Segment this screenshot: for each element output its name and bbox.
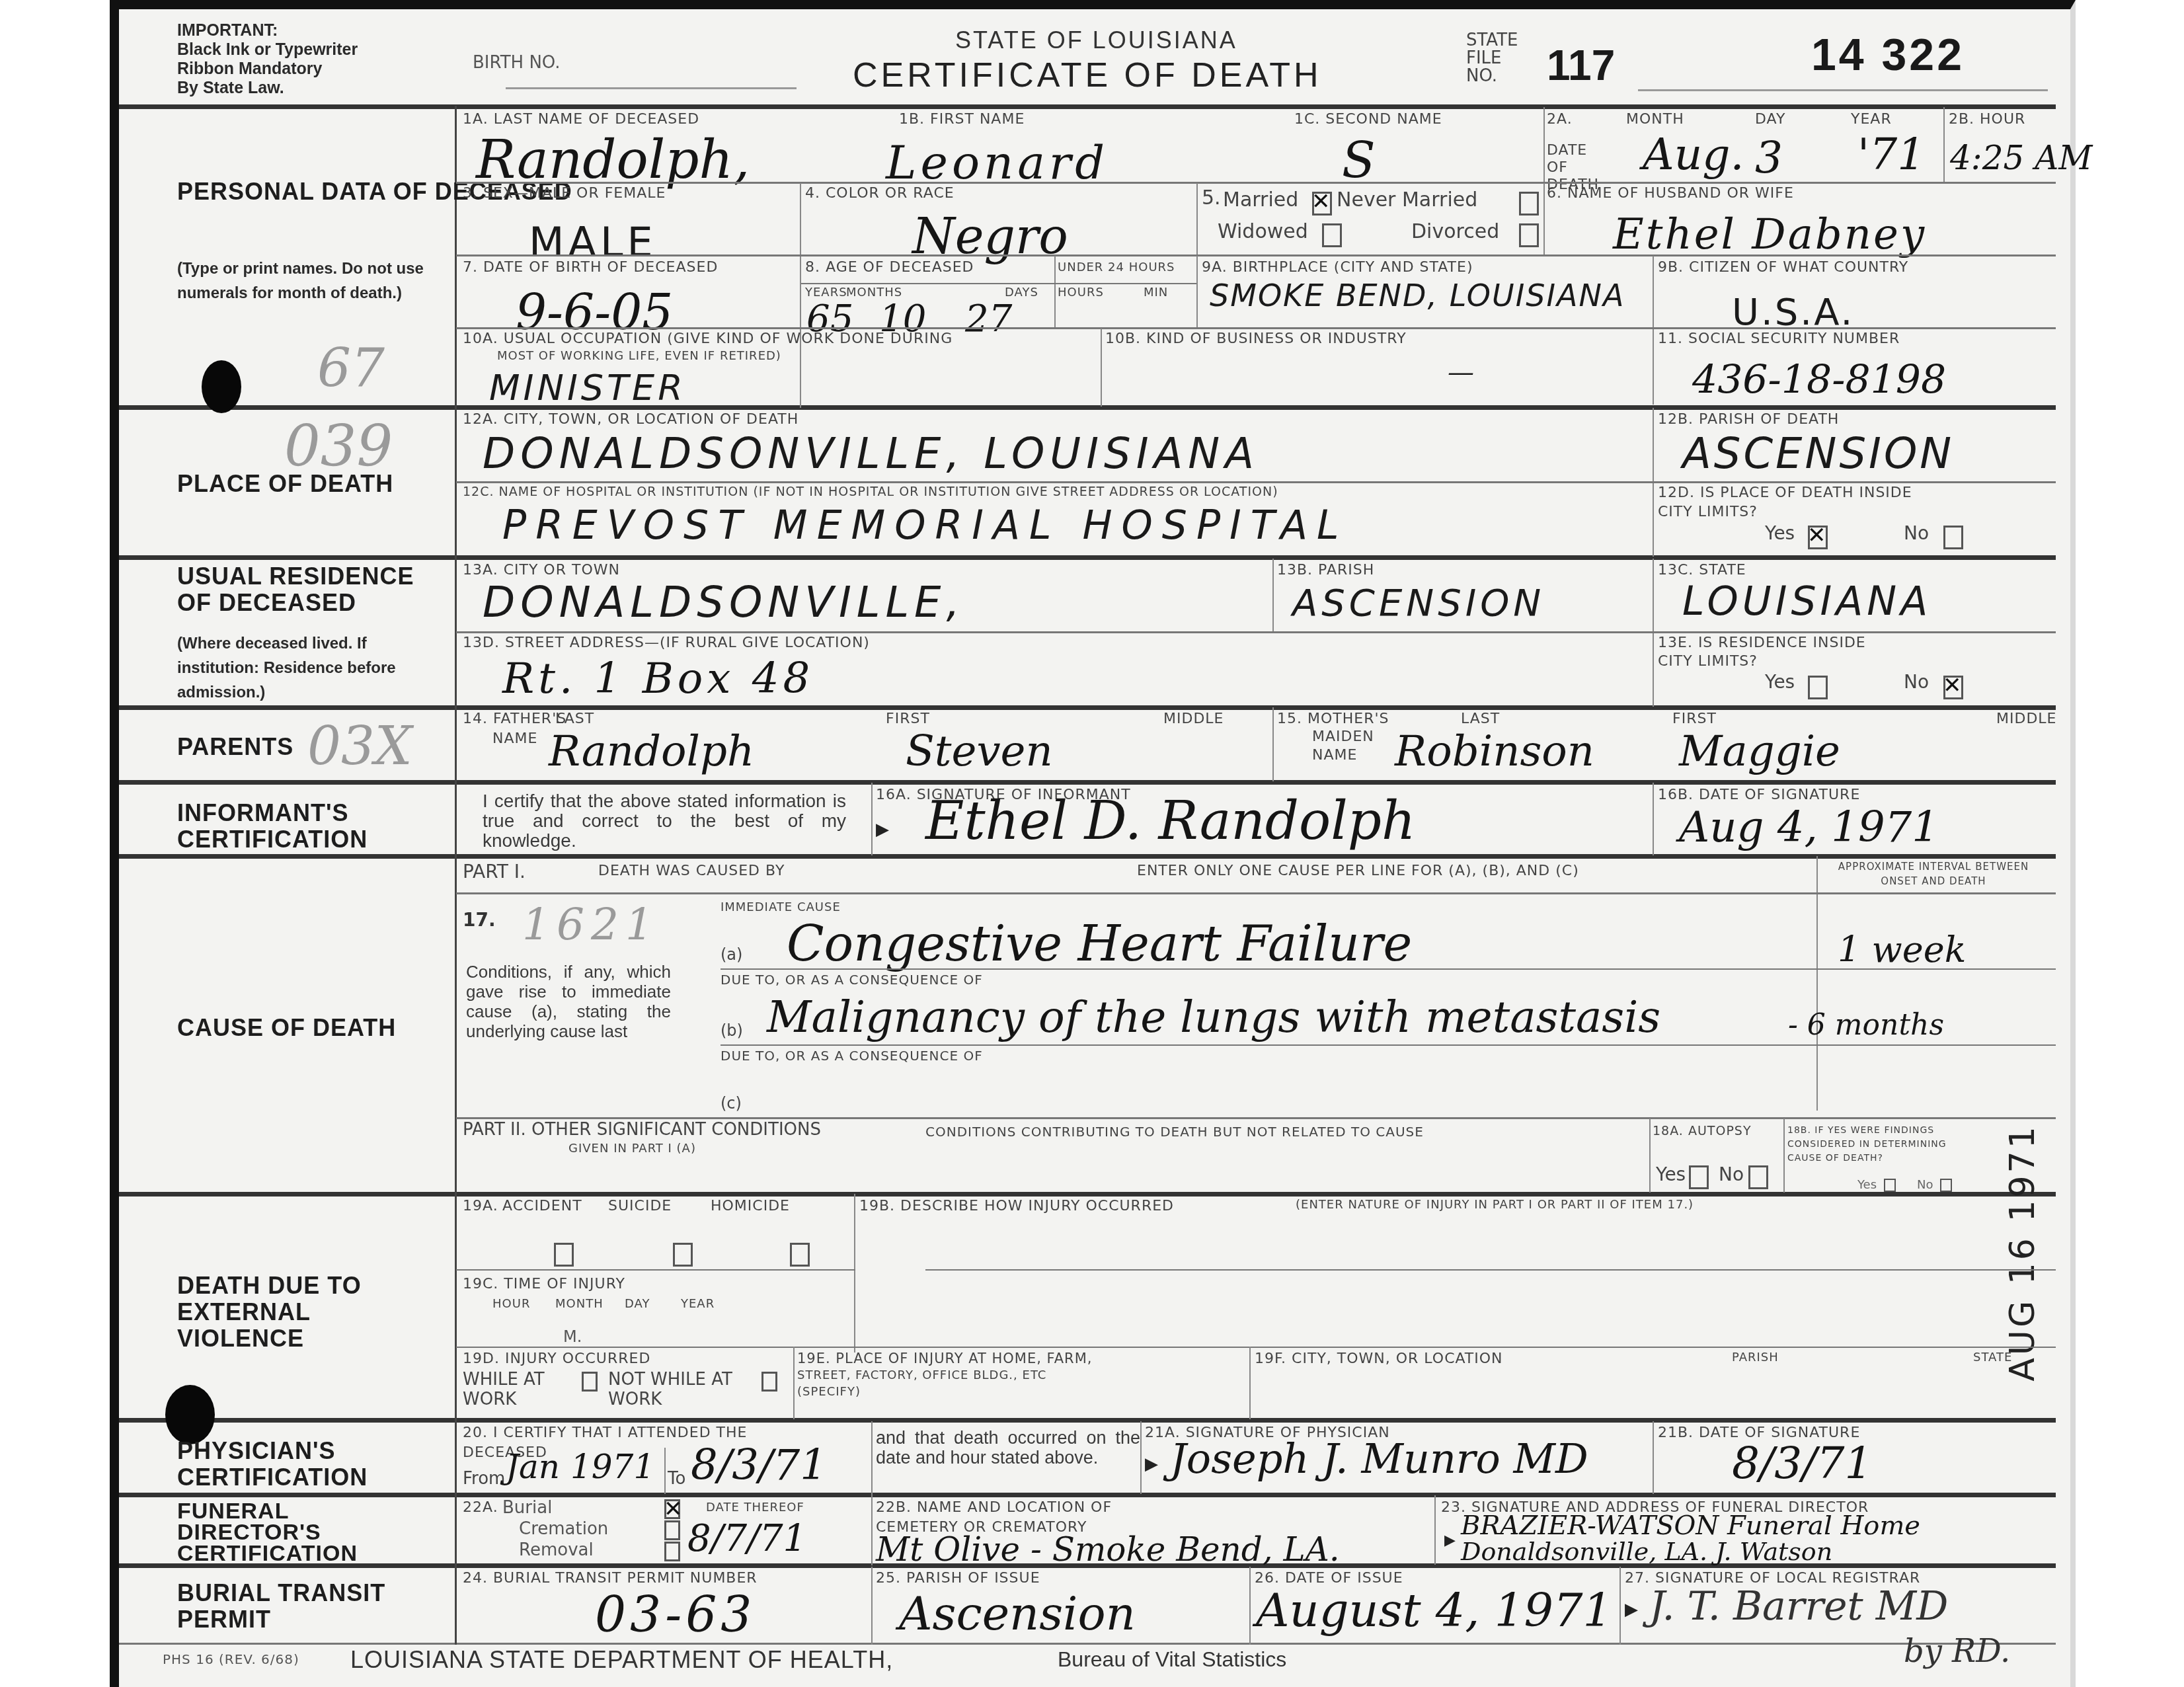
label-19e-specify: (SPECIFY) [797,1385,861,1399]
autopsy-no-label: No [1719,1163,1744,1185]
divider [1054,256,1056,329]
divider [1272,707,1274,781]
not-at-work-label: NOT WHILE AT WORK [608,1370,754,1409]
date-thereof-label: DATE THEREOF [706,1501,804,1514]
notice-line: By State Law. [177,79,358,98]
label-19d: 19D. INJURY OCCURRED [463,1351,650,1367]
arrow-icon: ▶ [1145,1454,1158,1474]
birthplace-value[interactable]: SMOKE BEND, LOUISIANA [1210,278,1625,313]
death-in-city-no-checkbox[interactable] [1943,526,1963,549]
occupation-value[interactable]: MINISTER [489,367,686,409]
arrow-icon: ▶ [1444,1532,1456,1549]
bureau-name: Bureau of Vital Statistics [1058,1647,1286,1672]
margin-code-parents: 03X [307,715,412,777]
divider [800,183,801,408]
autopsy-yes-checkbox[interactable] [1689,1165,1709,1189]
stamp-text: AUG 16 1971 [2003,1120,2043,1385]
label-1a: 1A. LAST NAME OF DECEASED [463,111,699,128]
cremation-checkbox[interactable] [664,1520,680,1540]
informant-signature[interactable]: Ethel D. Randolph [925,790,1416,851]
death-day[interactable]: 3 [1755,132,1783,183]
divider [119,104,2056,109]
divorced-checkbox[interactable] [1519,223,1539,247]
removal-checkbox[interactable] [664,1542,680,1561]
label-mother-name: NAME [1312,747,1357,764]
label-19f-parish: PARISH [1732,1351,1779,1364]
conditions-note: Conditions, if any, which gave rise to i… [466,962,671,1041]
label-10b: 10B. KIND OF BUSINESS OR INDUSTRY [1105,331,1407,347]
label-13a: 13A. CITY OR TOWN [463,562,620,578]
findings-yes-checkbox[interactable] [1884,1179,1896,1192]
divider [801,283,1196,284]
line-c-label: (c) [721,1094,742,1113]
label-father-middle: MIDDLE [1163,711,1224,727]
label-mother-last: LAST [1461,711,1500,727]
permit-number-value[interactable]: 03-63 [595,1587,756,1643]
accident-checkbox[interactable] [554,1243,574,1267]
label-under-24: UNDER 24 HOURS [1058,260,1175,274]
divider [1543,107,1545,183]
due-to-label: DUE TO, OR AS A CONSEQUENCE OF [721,972,983,988]
margin-code-place: 039 [284,413,393,479]
divider [1272,559,1274,631]
label-4: 4. COLOR OR RACE [805,185,955,202]
option-never-married: Never Married [1337,188,1477,212]
homicide-checkbox[interactable] [790,1243,810,1267]
divider [1434,1495,1436,1565]
label-min: MIN [1144,286,1168,299]
label-12a: 12A. CITY, TOWN, OR LOCATION OF DEATH [463,411,799,428]
label-9a: 9A. BIRTHPLACE (CITY AND STATE) [1202,259,1473,276]
label-12d: 12D. IS PLACE OF DEATH INSIDE [1658,485,1912,501]
label-25: 25. PARISH OF ISSUE [876,1570,1040,1587]
divider [456,1347,2056,1348]
notice-line: Black Ink or Typewriter [177,40,358,59]
cause-a-value[interactable]: Congestive Heart Failure [787,916,1412,972]
label-18a: 18A. AUTOPSY [1653,1124,1752,1138]
option-married: Married [1223,188,1298,212]
label-22b: 22B. NAME AND LOCATION OF [876,1499,1112,1516]
divider [1249,1567,1251,1645]
spouse-value[interactable]: Ethel Dabney [1613,210,1926,259]
part2-note: CONDITIONS CONTRIBUTING TO DEATH BUT NOT… [925,1124,1424,1140]
ssn-value[interactable]: 436-18-8198 [1692,357,1946,403]
divider [456,892,2056,894]
divider [456,255,2056,256]
important-notice: IMPORTANT: Black Ink or Typewriter Ribbo… [177,21,358,98]
label-22a: 22A. [463,1499,498,1516]
punch-hole [202,360,241,413]
while-at-work-label: WHILE AT WORK [463,1370,575,1409]
death-hour[interactable]: 4:25 AM [1950,139,2092,177]
section-usual-residence: USUAL RESIDENCE OF DECEASED [177,563,442,616]
label-father-first: FIRST [886,711,930,727]
divider [456,1269,855,1271]
option-burial: Burial [502,1498,552,1518]
divider [456,327,2056,329]
label-mother-middle: MIDDLE [1996,711,2057,727]
autopsy-yes-label: Yes [1656,1163,1686,1185]
label-5: 5. [1202,186,1221,210]
second-name-value[interactable]: S [1342,132,1376,189]
age-days[interactable]: 27 [965,297,1012,340]
department-name: LOUISIANA STATE DEPARTMENT OF HEALTH, [350,1646,893,1674]
divider [119,405,2056,410]
part2-label: PART II. OTHER SIGNIFICANT CONDITIONS [463,1120,821,1140]
option-widowed: Widowed [1218,220,1308,243]
label-10a: 10A. USUAL OCCUPATION (GIVE KIND OF WORK… [463,331,953,347]
due-to-label: DUE TO, OR AS A CONSEQUENCE OF [721,1048,983,1064]
death-in-city-yes-checkbox[interactable] [1808,526,1828,549]
state-file-no: 117 [1547,41,1615,90]
label-13e: 13E. IS RESIDENCE INSIDE [1658,635,1866,651]
divider [456,182,2056,184]
label-father-last: LAST [555,711,594,727]
interval-label: APPROXIMATE INTERVAL BETWEEN ONSET AND D… [1821,859,2046,888]
divider [119,1418,2056,1423]
cemetery-value[interactable]: Mt Olive - Smoke Bend, LA. [876,1530,1340,1569]
margin-code-cause: 1621 [522,899,660,950]
option-divorced: Divorced [1411,220,1499,243]
label-maiden: MAIDEN [1312,728,1374,745]
label-19e-sub: STREET, FACTORY, OFFICE BLDG., ETC [797,1368,1046,1382]
label-16b: 16B. DATE OF SIGNATURE [1658,787,1860,803]
autopsy-no-checkbox[interactable] [1748,1165,1768,1189]
divider [456,631,2056,633]
punch-hole [165,1385,215,1444]
residence-in-city-no-checkbox[interactable] [1943,676,1963,699]
married-checkbox[interactable] [1312,192,1332,216]
divider [925,1269,2056,1271]
cause-b-value[interactable]: Malignancy of the lungs with metastasis [767,992,1660,1042]
attended-to-value[interactable]: 8/3/71 [691,1441,827,1490]
section-place-of-death: PLACE OF DEATH [177,471,393,497]
birth-no-line [506,87,797,89]
mother-last-value[interactable]: Robinson [1395,727,1594,776]
label-1c: 1C. SECOND NAME [1294,111,1442,128]
divider [456,481,2056,483]
line-b-label: (b) [721,1021,743,1040]
disposition-date-value[interactable]: 8/7/71 [687,1517,806,1560]
label-year: YEAR [1851,111,1892,128]
father-last-value[interactable]: Randolph [549,727,754,776]
divider [1619,1567,1621,1645]
label-8: 8. AGE OF DECEASED [805,259,974,276]
cause-a-interval[interactable]: 1 week [1838,929,1966,970]
birth-no-label: BIRTH NO. [473,53,572,73]
option-removal: Removal [519,1540,594,1560]
arrow-icon: ▶ [1625,1600,1638,1620]
notice-line: IMPORTANT: [177,21,358,40]
label-15: 15. MOTHER'S [1277,711,1389,727]
death-city-value[interactable]: DONALDSONVILLE, LOUISIANA [483,430,1259,479]
from-label: From [463,1469,505,1489]
option-homicide: HOMICIDE [711,1198,790,1214]
divider [1783,1118,1785,1193]
section-funeral-director: FUNERAL DIRECTOR'S CERTIFICATION [177,1501,428,1564]
label-1b: 1B. FIRST NAME [899,111,1025,128]
business-value[interactable]: — [1448,357,1474,387]
informant-certification-text: I certify that the above stated informat… [483,791,846,851]
physician-date-value[interactable]: 8/3/71 [1732,1438,1872,1489]
not-at-work-checkbox[interactable] [761,1372,777,1392]
label-day: DAY [1755,111,1785,128]
section-cause-of-death: CAUSE OF DEATH [177,1015,396,1041]
section-burial-permit: BURIAL TRANSIT PERMIT [177,1580,428,1633]
street-address-value[interactable]: Rt. 1 Box 48 [502,654,814,703]
label-father-name: NAME [492,730,537,747]
label-2b: 2B. HOUR [1949,111,2025,128]
item-17-number: 17. [463,909,496,931]
registrar-deputy: by RD. [1904,1633,2010,1670]
hospital-value[interactable]: PREVOST MEMORIAL HOSPITAL [502,502,1348,549]
divider [664,1448,666,1494]
label-24: 24. BURIAL TRANSIT PERMIT NUMBER [463,1570,758,1587]
divider [871,783,873,855]
line-a-label: (a) [721,945,742,964]
father-first-value[interactable]: Steven [906,727,1053,776]
label-day: DAY [625,1297,650,1311]
while-at-work-checkbox[interactable] [582,1372,598,1392]
divider [1653,783,1654,855]
label-3: 3. SEX—MALE OR FEMALE [463,185,666,202]
divider [1649,1118,1651,1193]
label-19e: 19E. PLACE OF INJURY AT HOME, FARM, [797,1351,1093,1366]
suicide-checkbox[interactable] [673,1243,693,1267]
label-19a: 19A. [463,1198,498,1214]
death-occurred-note: and that death occurred on the date and … [876,1428,1140,1468]
divider [1943,107,1945,183]
divider [1196,183,1198,256]
label-20: 20. I CERTIFY THAT I ATTENDED THE [463,1425,748,1441]
label-no: No [1904,671,1929,693]
divider [1249,1347,1251,1419]
label-12d-sub: CITY LIMITS? [1658,504,1758,520]
arrow-icon: ▶ [876,820,889,840]
divider [119,705,2056,710]
to-label: To [668,1469,685,1489]
label-11: 11. SOCIAL SECURITY NUMBER [1658,331,1900,347]
residence-city-value[interactable]: DONALDSONVILLE, [483,578,965,627]
divider [1196,256,1198,329]
option-cremation: Cremation [519,1519,608,1539]
label-2a: 2A. [1547,111,1573,128]
label-12c: 12C. NAME OF HOSPITAL OR INSTITUTION (IF… [463,485,1278,499]
residence-state-value[interactable]: LOUISIANA [1682,578,1931,625]
state-name: STATE OF LOUISIANA [955,26,1237,54]
divider [854,1194,855,1353]
immediate-cause-label: IMMEDIATE CAUSE [721,900,841,914]
label-month: MONTH [555,1297,604,1311]
cert-no-line [1638,89,2048,91]
label-13e-sub: CITY LIMITS? [1658,653,1758,670]
label-19b-note: (ENTER NATURE OF INJURY IN PART I OR PAR… [1296,1198,1694,1212]
divider [1101,329,1102,407]
label-month: MONTH [1626,111,1684,128]
divider [119,555,2056,560]
informant-date-value[interactable]: Aug 4, 1971 [1679,803,1939,852]
personal-note: (Type or print names. Do not use numeral… [177,256,442,305]
label-19b: 19B. DESCRIBE HOW INJURY OCCURRED [859,1198,1174,1214]
label-mother-first: FIRST [1672,711,1717,727]
divider [721,968,2056,970]
death-year[interactable]: '71 [1857,129,1925,180]
label-13c: 13C. STATE [1658,562,1746,578]
registrar-signature[interactable]: J. T. Barret MD [1649,1583,1948,1629]
attended-from-value[interactable]: Jan 1971 [506,1448,654,1486]
cause-b-interval[interactable]: - 6 months [1788,1008,1944,1042]
label-12b: 12B. PARISH OF DEATH [1658,411,1839,428]
divider [119,854,2056,859]
one-cause-label: ENTER ONLY ONE CAUSE PER LINE FOR (A), (… [1137,863,1579,879]
part2-note2: GIVEN IN PART I (A) [568,1142,696,1156]
physician-signature[interactable]: Joseph J. Munro MD [1170,1434,1588,1483]
findings-no-checkbox[interactable] [1940,1179,1952,1192]
label-14: 14. FATHER'S [463,711,566,727]
never-married-checkbox[interactable] [1519,192,1539,216]
date-of-issue-value[interactable]: August 4, 1971 [1256,1583,1612,1637]
divider [119,780,2056,785]
section-parents: PARENTS [177,734,293,760]
column-divider [455,106,457,1645]
divider [1140,1421,1142,1494]
label-19f: 19F. CITY, TOWN, OR LOCATION [1255,1351,1503,1367]
label-9b: 9B. CITIZEN OF WHAT COUNTRY [1658,259,1908,276]
death-parish-value[interactable]: ASCENSION [1682,430,1954,479]
parish-of-issue-value[interactable]: Ascension [899,1587,1136,1641]
divider [793,1347,795,1419]
option-accident: ACCIDENT [502,1198,582,1214]
label-7: 7. DATE OF BIRTH OF DECEASED [463,259,718,276]
residence-note: (Where deceased lived. If institution: R… [177,631,448,705]
margin-code-personal: 67 [317,337,385,399]
label-yes: Yes [1765,671,1795,693]
page-title: CERTIFICATE OF DEATH [853,56,1322,95]
label-19f-state: STATE [1973,1351,2012,1364]
label-13d: 13D. STREET ADDRESS—(IF RURAL GIVE LOCAT… [463,635,870,651]
divider [119,1192,2056,1197]
am-pm-marker: M. [563,1327,582,1346]
divider [119,1643,2056,1645]
label-19c: 19C. TIME OF INJURY [463,1276,625,1292]
findings-yes-label: Yes [1857,1178,1877,1192]
section-informant: INFORMANT'S CERTIFICATION [177,800,428,853]
mother-first-value[interactable]: Maggie [1679,727,1840,776]
part1-label: PART I. [463,861,526,883]
notice-line: Ribbon Mandatory [177,59,358,79]
widowed-checkbox[interactable] [1322,223,1342,247]
certificate-number: 14 322 [1811,29,1965,81]
label-yes: Yes [1765,522,1795,544]
death-month[interactable]: Aug. [1643,129,1744,180]
label-18b: 18B. IF YES WERE FINDINGS CONSIDERED IN … [1787,1124,1959,1165]
divider [1653,256,1654,405]
burial-checkbox[interactable] [664,1499,680,1519]
divider [1543,183,1545,256]
label-13b: 13B. PARISH [1277,562,1374,578]
divider [721,1044,2056,1046]
divider [1653,1421,1654,1494]
label-no: No [1904,522,1929,544]
label-10a-sub: MOST OF WORKING LIFE, EVEN IF RETIRED) [497,349,781,363]
label-hour: HOUR [492,1297,530,1311]
funeral-director-signature[interactable]: Donaldsonville, LA. J. Watson [1461,1537,1832,1566]
residence-in-city-yes-checkbox[interactable] [1808,676,1828,699]
label-year: YEAR [681,1297,715,1311]
label-6: 6. NAME OF HUSBAND OR WIFE [1547,185,1794,202]
residence-parish-value[interactable]: ASCENSION [1292,582,1545,625]
state-file-no-label: STATE FILE NO. [1466,32,1526,85]
section-physician: PHYSICIAN'S CERTIFICATION [177,1438,428,1491]
divider [456,1117,2056,1119]
option-suicide: SUICIDE [608,1198,672,1214]
caused-by-label: DEATH WAS CAUSED BY [598,863,785,879]
section-external-violence: DEATH DUE TO EXTERNAL VIOLENCE [177,1273,428,1352]
findings-no-label: No [1917,1178,1933,1192]
race-value[interactable]: Negro [912,208,1068,265]
divider [119,1493,2056,1497]
divider [871,1421,873,1565]
divider [871,1567,873,1645]
form-number: PHS 16 (REV. 6/68) [163,1651,299,1667]
label-hours: HOURS [1058,286,1104,299]
